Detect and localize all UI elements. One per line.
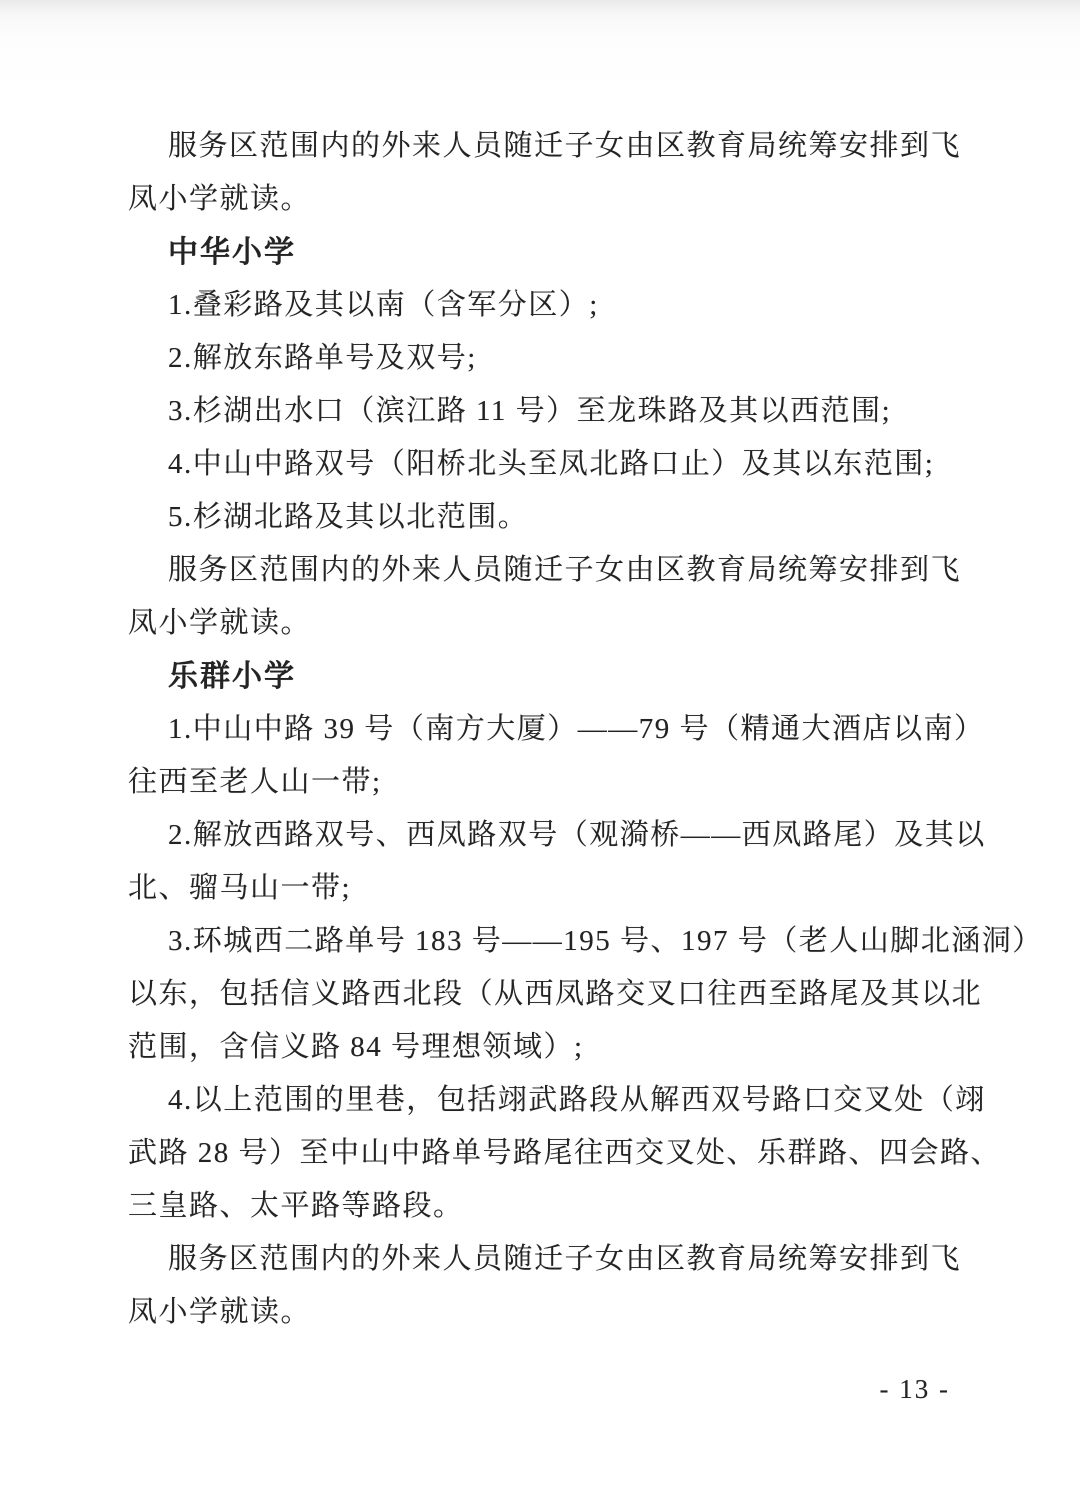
list-item-line: 北、骝马山一带; [128,862,956,915]
list-item-line: 5.杉湖北路及其以北范围。 [128,491,956,544]
list-item-line: 以东，包括信义路西北段（从西凤路交叉口往西至路尾及其以北 [128,968,956,1021]
section-heading-lequn: 乐群小学 [128,650,956,703]
document-body: 服务区范围内的外来人员随迁子女由区教育局统筹安排到飞 凤小学就读。 中华小学 1… [128,120,956,1339]
section-heading-zhonghua: 中华小学 [128,226,956,279]
paragraph-line: 凤小学就读。 [128,597,956,650]
list-item-line: 武路 28 号）至中山中路单号路尾往西交叉处、乐群路、四会路、 [128,1127,956,1180]
list-item-line: 2.解放西路双号、西凤路双号（观漪桥——西凤路尾）及其以 [128,809,956,862]
paragraph-line: 服务区范围内的外来人员随迁子女由区教育局统筹安排到飞 [128,120,956,173]
list-item-line: 3.环城西二路单号 183 号——195 号、197 号（老人山脚北涵洞） [128,915,956,968]
paragraph-line: 凤小学就读。 [128,1286,956,1339]
paragraph-line: 服务区范围内的外来人员随迁子女由区教育局统筹安排到飞 [128,1233,956,1286]
list-item-line: 4.中山中路双号（阳桥北头至凤北路口止）及其以东范围; [128,438,956,491]
list-item-line: 范围，含信义路 84 号理想领域）; [128,1021,956,1074]
list-item-line: 三皇路、太平路等路段。 [128,1180,956,1233]
document-page: 服务区范围内的外来人员随迁子女由区教育局统筹安排到飞 凤小学就读。 中华小学 1… [0,0,1080,1510]
page-number: - 13 - [880,1374,950,1405]
list-item-line: 1.中山中路 39 号（南方大厦）——79 号（精通大酒店以南） [128,703,956,756]
paragraph-line: 凤小学就读。 [128,173,956,226]
list-item-line: 4.以上范围的里巷，包括翊武路段从解西双号路口交叉处（翊 [128,1074,956,1127]
list-item-line: 2.解放东路单号及双号; [128,332,956,385]
paragraph-line: 服务区范围内的外来人员随迁子女由区教育局统筹安排到飞 [128,544,956,597]
list-item-line: 3.杉湖出水口（滨江路 11 号）至龙珠路及其以西范围; [128,385,956,438]
list-item-line: 往西至老人山一带; [128,756,956,809]
list-item-line: 1.叠彩路及其以南（含军分区）; [128,279,956,332]
